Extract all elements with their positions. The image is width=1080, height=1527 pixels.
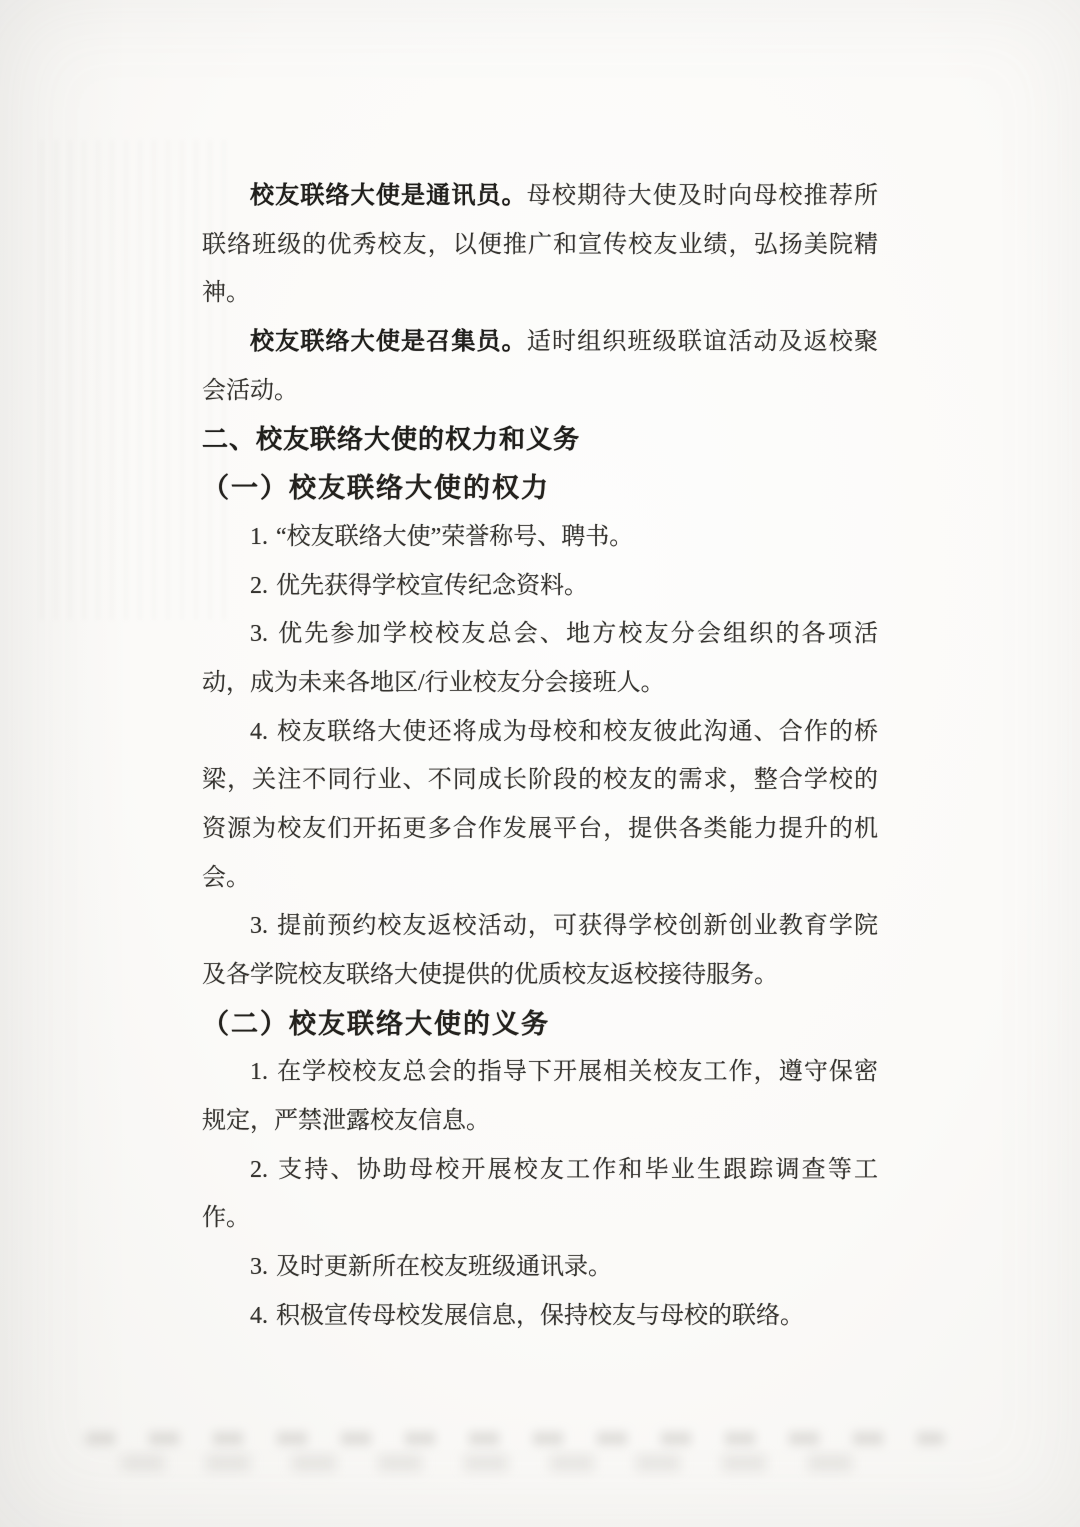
line-text: （二）校友联络大使的义务 bbox=[202, 1009, 550, 1039]
line-text: 校友联络大使还将成为母校和校友彼此沟通、合作的桥 bbox=[276, 719, 878, 745]
para-courier-line-3: 神。 bbox=[202, 269, 878, 318]
para-courier-line-1: 校友联络大使是通讯员。母校期待大使及时向母校推荐所 bbox=[202, 172, 878, 221]
para-convener-line-1: 校友联络大使是召集员。适时组织班级联谊活动及返校聚 bbox=[202, 318, 878, 367]
line-text: 联络班级的优秀校友，以便推广和宣传校友业绩，弘扬美院精 bbox=[202, 232, 878, 258]
rights-item-3-line-2: 动，成为未来各地区/行业校友分会接班人。 bbox=[202, 659, 878, 708]
line-text: 及时更新所在校友班级通讯录。 bbox=[276, 1254, 612, 1280]
line-text: 会。 bbox=[202, 865, 250, 891]
scanned-page: 校友联络大使是通讯员。母校期待大使及时向母校推荐所联络班级的优秀校友，以便推广和… bbox=[0, 0, 1080, 1527]
heading-sub-duties-line-1: （二）校友联络大使的义务 bbox=[202, 1000, 878, 1049]
line-text: 提前预约校友返校活动，可获得学校创新创业教育学院 bbox=[276, 913, 878, 939]
line-text: 优先获得学校宣传纪念资料。 bbox=[276, 573, 588, 599]
item-number: 1. bbox=[250, 1059, 268, 1085]
line-text: 及各学院校友联络大使提供的优质校友返校接待服务。 bbox=[202, 962, 778, 988]
rights-item-1-line-1: 1.“校友联络大使”荣誉称号、聘书。 bbox=[202, 513, 878, 562]
scan-bleedthrough-artifact bbox=[85, 1432, 945, 1445]
heading-sub-rights-line-1: （一）校友联络大使的权力 bbox=[202, 464, 878, 513]
duties-item-3-line-1: 3.及时更新所在校友班级通讯录。 bbox=[202, 1243, 878, 1292]
item-number: 4. bbox=[250, 1303, 268, 1329]
line-text: 母校期待大使及时向母校推荐所 bbox=[527, 183, 878, 209]
para-courier-line-2: 联络班级的优秀校友，以便推广和宣传校友业绩，弘扬美院精 bbox=[202, 221, 878, 270]
document-text: 校友联络大使是通讯员。母校期待大使及时向母校推荐所联络班级的优秀校友，以便推广和… bbox=[202, 172, 878, 1341]
bold-lead: 校友联络大使是通讯员。 bbox=[250, 183, 527, 209]
item-number: 3. bbox=[250, 913, 268, 939]
line-text: 积极宣传母校发展信息，保持校友与母校的联络。 bbox=[276, 1303, 804, 1329]
line-text: “校友联络大使”荣誉称号、聘书。 bbox=[276, 524, 633, 550]
item-number: 3. bbox=[250, 1254, 268, 1280]
item-number: 2. bbox=[250, 1157, 268, 1183]
scan-bleedthrough-artifact bbox=[120, 1455, 880, 1471]
line-text: 作。 bbox=[202, 1205, 250, 1231]
duties-item-1-line-1: 1.在学校校友总会的指导下开展相关校友工作，遵守保密 bbox=[202, 1048, 878, 1097]
heading-section-two-line-1: 二、校友联络大使的权力和义务 bbox=[202, 415, 878, 464]
rights-item-3-line-1: 3.优先参加学校校友总会、地方校友分会组织的各项活 bbox=[202, 610, 878, 659]
duties-item-1-line-2: 规定，严禁泄露校友信息。 bbox=[202, 1097, 878, 1146]
line-text: 支持、协助母校开展校友工作和毕业生跟踪调查等工 bbox=[276, 1157, 878, 1183]
para-convener-line-2: 会活动。 bbox=[202, 367, 878, 416]
line-text: 资源为校友们开拓更多合作发展平台，提供各类能力提升的机 bbox=[202, 816, 878, 842]
rights-item-4-line-2: 梁，关注不同行业、不同成长阶段的校友的需求，整合学校的 bbox=[202, 756, 878, 805]
rights-item-5-line-2: 及各学院校友联络大使提供的优质校友返校接待服务。 bbox=[202, 951, 878, 1000]
line-text: 神。 bbox=[202, 280, 250, 306]
duties-item-4-line-1: 4.积极宣传母校发展信息，保持校友与母校的联络。 bbox=[202, 1292, 878, 1341]
bold-lead: 校友联络大使是召集员。 bbox=[250, 329, 527, 355]
rights-item-4-line-4: 会。 bbox=[202, 854, 878, 903]
line-text: 动，成为未来各地区/行业校友分会接班人。 bbox=[202, 670, 665, 696]
line-text: 适时组织班级联谊活动及返校聚 bbox=[527, 329, 878, 355]
line-text: 会活动。 bbox=[202, 378, 298, 404]
line-text: 优先参加学校校友总会、地方校友分会组织的各项活 bbox=[276, 621, 878, 647]
duties-item-2-line-2: 作。 bbox=[202, 1194, 878, 1243]
rights-item-4-line-1: 4.校友联络大使还将成为母校和校友彼此沟通、合作的桥 bbox=[202, 708, 878, 757]
rights-item-2-line-1: 2.优先获得学校宣传纪念资料。 bbox=[202, 562, 878, 611]
duties-item-2-line-1: 2.支持、协助母校开展校友工作和毕业生跟踪调查等工 bbox=[202, 1146, 878, 1195]
item-number: 3. bbox=[250, 621, 268, 647]
line-text: 二、校友联络大使的权力和义务 bbox=[202, 424, 580, 454]
line-text: 在学校校友总会的指导下开展相关校友工作，遵守保密 bbox=[276, 1059, 878, 1085]
item-number: 2. bbox=[250, 573, 268, 599]
line-text: 规定，严禁泄露校友信息。 bbox=[202, 1108, 490, 1134]
rights-item-4-line-3: 资源为校友们开拓更多合作发展平台，提供各类能力提升的机 bbox=[202, 805, 878, 854]
item-number: 1. bbox=[250, 524, 268, 550]
line-text: （一）校友联络大使的权力 bbox=[202, 473, 550, 503]
item-number: 4. bbox=[250, 719, 268, 745]
line-text: 梁，关注不同行业、不同成长阶段的校友的需求，整合学校的 bbox=[202, 767, 878, 793]
rights-item-5-line-1: 3.提前预约校友返校活动，可获得学校创新创业教育学院 bbox=[202, 902, 878, 951]
